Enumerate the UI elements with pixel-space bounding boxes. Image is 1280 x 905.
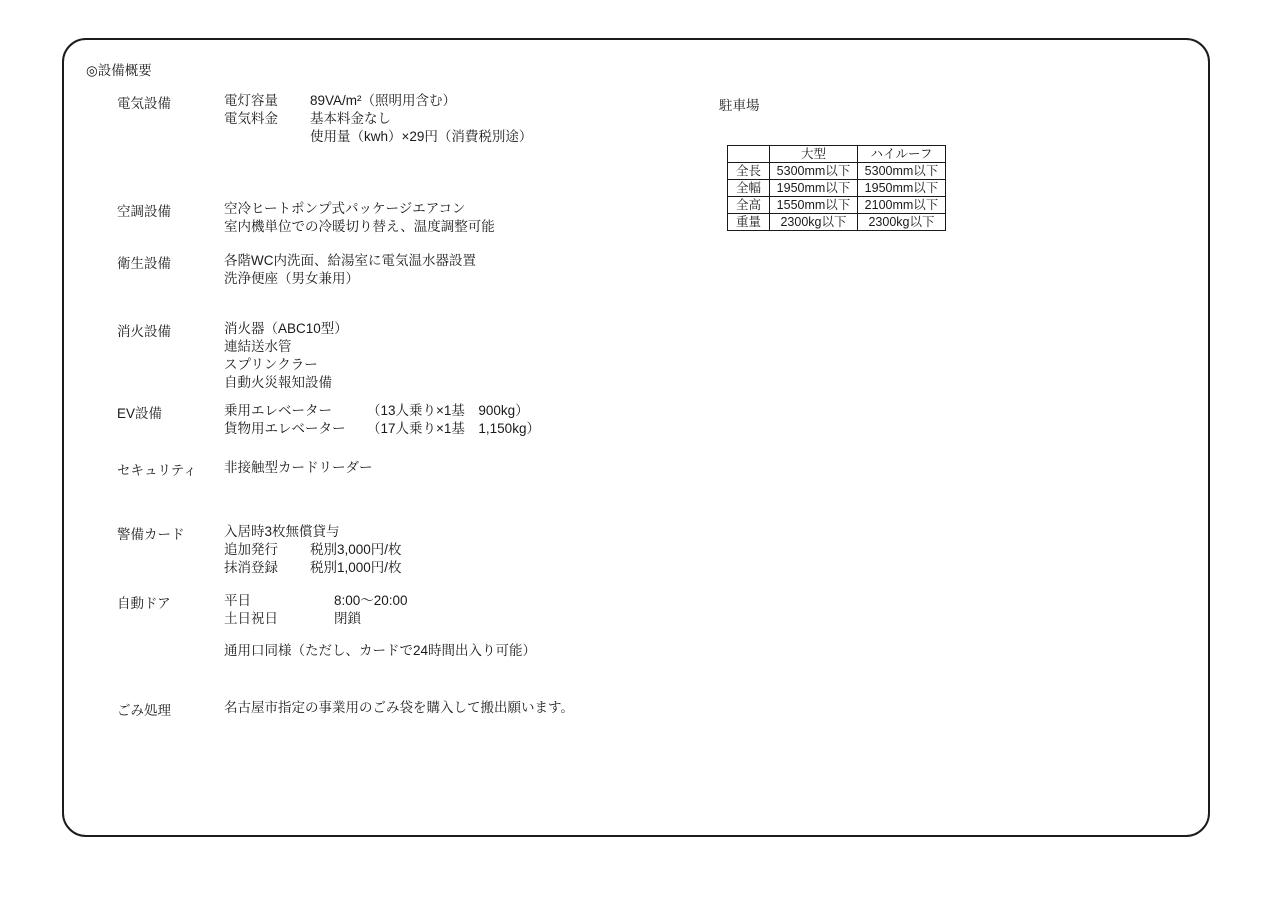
- spec-value: 税別3,000円/枚: [310, 541, 402, 559]
- spec-line: 非接触型カードリーダー: [224, 459, 373, 477]
- parking-row-label: 重量: [728, 214, 770, 231]
- parking-title: 駐車場: [719, 94, 760, 114]
- section-body: 非接触型カードリーダー: [224, 459, 373, 477]
- page-title: ◎設備概要: [86, 59, 152, 79]
- section-label: 自動ドア: [117, 592, 171, 612]
- parking-cell: 2300kg以下: [858, 214, 946, 231]
- section-label: 消火設備: [117, 320, 171, 340]
- section-body: 各階WC内洗面、給湯室に電気温水器設置 洗浄便座（男女兼用）: [224, 252, 476, 288]
- spec-line: 室内機単位での冷暖切り替え、温度調整可能: [224, 218, 495, 236]
- section-label: 警備カード: [117, 523, 185, 543]
- spec-line: 各階WC内洗面、給湯室に電気温水器設置: [224, 252, 476, 270]
- parking-table: 大型 ハイルーフ 全長 5300mm以下 5300mm以下 全幅 1950mm以…: [727, 145, 946, 231]
- spec-sublabel: 平日: [224, 592, 251, 610]
- spec-value: 89VA/m²（照明用含む）: [310, 92, 456, 110]
- spec-line: 平日 8:00～20:00: [224, 592, 536, 610]
- spec-value: 税別1,000円/枚: [310, 559, 402, 577]
- parking-cell: 1550mm以下: [770, 197, 858, 214]
- spec-value: 8:00～20:00: [334, 592, 408, 610]
- spec-sublabel: 抹消登録: [224, 559, 278, 577]
- spec-sheet: ◎設備概要 電気設備 電灯容量 89VA/m²（照明用含む） 電気料金 基本料金…: [62, 38, 1210, 837]
- spec-value: 閉鎖: [334, 610, 361, 628]
- spec-line: 消火器（ABC10型）: [224, 320, 348, 338]
- spec-sublabel: 土日祝日: [224, 610, 278, 628]
- section-body: 空冷ヒートポンプ式パッケージエアコン 室内機単位での冷暖切り替え、温度調整可能: [224, 200, 495, 236]
- parking-cell: 2300kg以下: [770, 214, 858, 231]
- spec-line: 連結送水管: [224, 338, 348, 356]
- spec-sublabel: 電灯容量: [224, 92, 278, 110]
- elevator-detail: （17人乗り×1基 1,150kg）: [367, 420, 540, 438]
- spec-sublabel: 電気料金: [224, 110, 278, 128]
- section-body: 平日 8:00～20:00 土日祝日 閉鎖 通用口同様（ただし、カードで24時間…: [224, 592, 536, 660]
- spec-line: 抹消登録 税別1,000円/枚: [224, 559, 340, 577]
- section-label: 電気設備: [117, 92, 171, 112]
- spec-line: 入居時3枚無償貸与: [224, 523, 340, 541]
- spec-line: 名古屋市指定の事業用のごみ袋を購入して搬出願います。: [224, 699, 574, 717]
- spec-value: 基本料金なし: [310, 110, 391, 128]
- parking-row-label: 全長: [728, 163, 770, 180]
- parking-header-row: 大型 ハイルーフ: [728, 146, 946, 163]
- parking-cell: 5300mm以下: [858, 163, 946, 180]
- section-label: 空調設備: [117, 200, 171, 220]
- table-row: 重量 2300kg以下 2300kg以下: [728, 214, 946, 231]
- parking-header-highroof: ハイルーフ: [858, 146, 946, 163]
- section-label: ごみ処理: [117, 699, 171, 719]
- spec-line: 洗浄便座（男女兼用）: [224, 270, 476, 288]
- parking-header-large: 大型: [770, 146, 858, 163]
- section-label: EV設備: [117, 402, 162, 422]
- parking-header-empty: [728, 146, 770, 163]
- spec-line: 空冷ヒートポンプ式パッケージエアコン: [224, 200, 495, 218]
- section-label: 衛生設備: [117, 252, 171, 272]
- parking-row-label: 全幅: [728, 180, 770, 197]
- spec-line: 追加発行 税別3,000円/枚: [224, 541, 340, 559]
- spec-sublabel: 追加発行: [224, 541, 278, 559]
- section-body: 入居時3枚無償貸与 追加発行 税別3,000円/枚 抹消登録 税別1,000円/…: [224, 523, 340, 577]
- elevator-detail: （13人乗り×1基 900kg）: [367, 402, 529, 420]
- parking-row-label: 全高: [728, 197, 770, 214]
- section-body: 名古屋市指定の事業用のごみ袋を購入して搬出願います。: [224, 699, 574, 717]
- elevator-name: 乗用エレベーター: [224, 402, 332, 420]
- parking-cell: 5300mm以下: [770, 163, 858, 180]
- table-row: 全幅 1950mm以下 1950mm以下: [728, 180, 946, 197]
- elevator-name: 貨物用エレベーター: [224, 420, 346, 438]
- section-body: 消火器（ABC10型） 連結送水管 スプリンクラー 自動火災報知設備: [224, 320, 348, 392]
- spec-line: 自動火災報知設備: [224, 374, 348, 392]
- table-row: 全長 5300mm以下 5300mm以下: [728, 163, 946, 180]
- document-page: ◎設備概要 電気設備 電灯容量 89VA/m²（照明用含む） 電気料金 基本料金…: [0, 0, 1280, 905]
- section-label: セキュリティ: [117, 459, 197, 479]
- parking-cell: 1950mm以下: [770, 180, 858, 197]
- parking-cell: 2100mm以下: [858, 197, 946, 214]
- table-row: 全高 1550mm以下 2100mm以下: [728, 197, 946, 214]
- parking-cell: 1950mm以下: [858, 180, 946, 197]
- spec-line: スプリンクラー: [224, 356, 348, 374]
- spec-value: 使用量（kwh）×29円（消費税別途）: [310, 128, 532, 146]
- spec-line: 土日祝日 閉鎖: [224, 610, 536, 628]
- spec-note: 通用口同様（ただし、カードで24時間出入り可能）: [224, 642, 536, 660]
